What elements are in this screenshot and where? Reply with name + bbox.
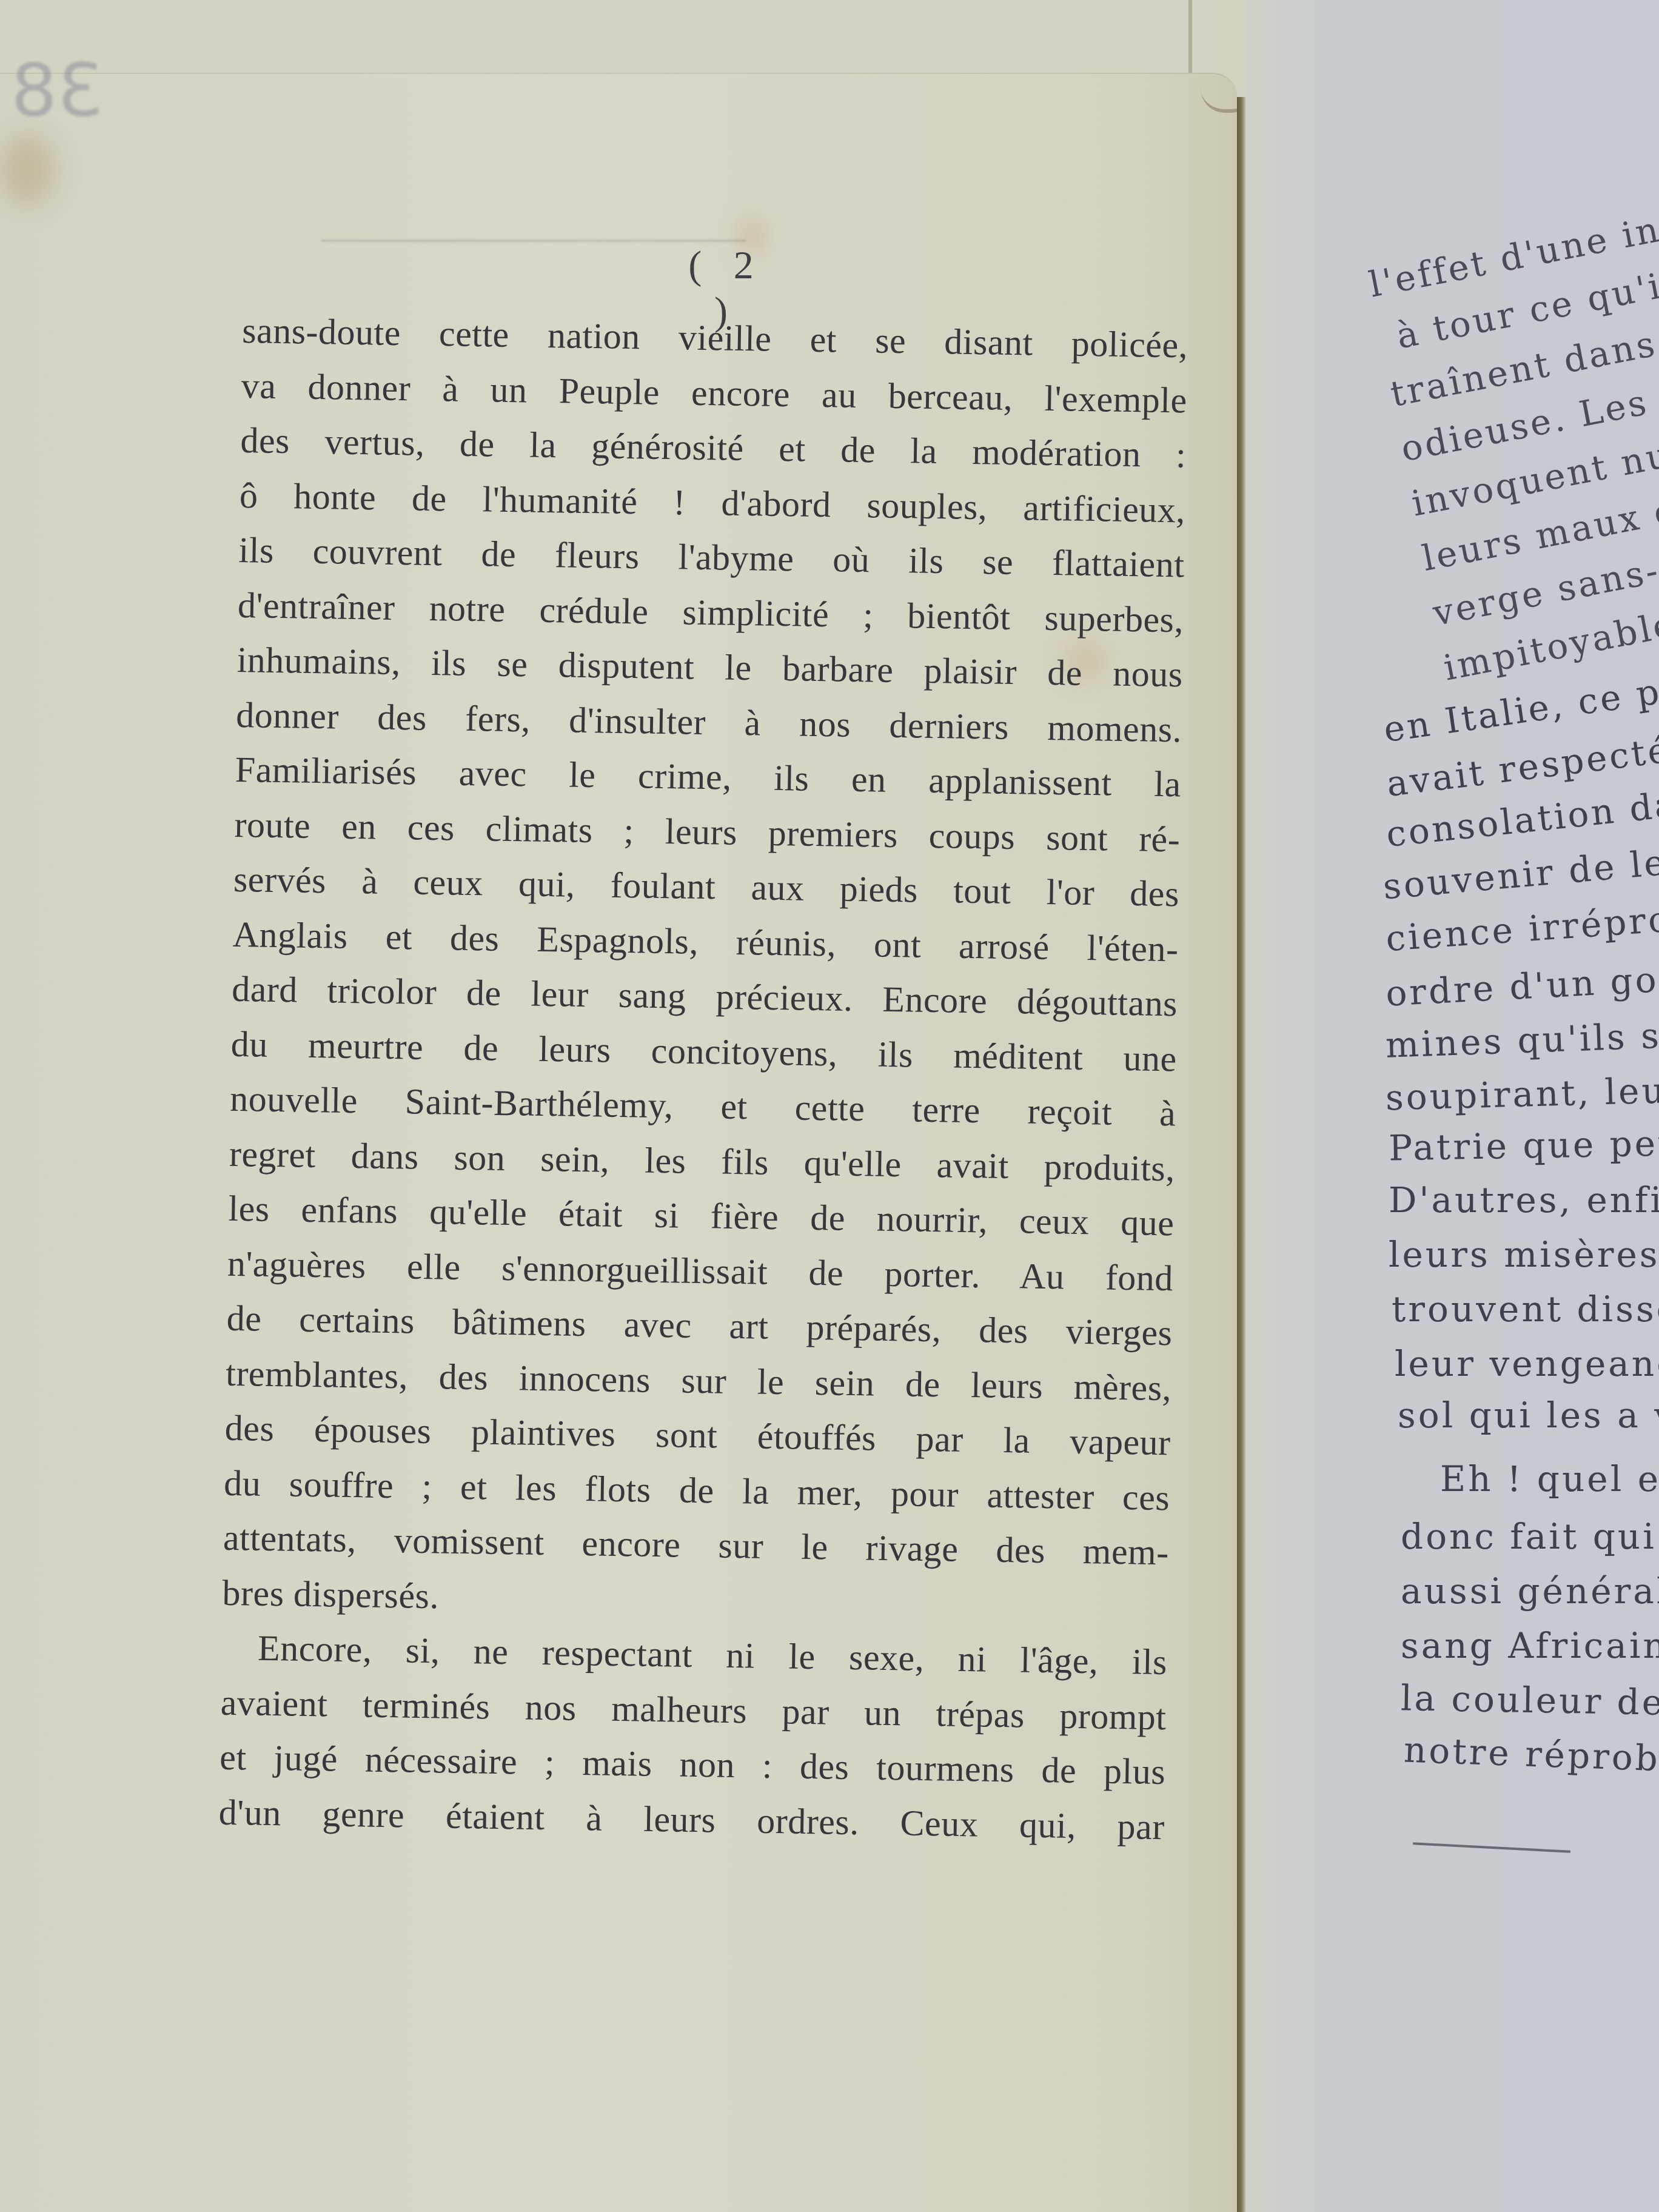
book-gutter (1237, 97, 1245, 2212)
handwritten-margin-number: 38 (11, 49, 104, 133)
text-line: leurs misères su (1389, 1234, 1659, 1275)
text-line: D'autres, enfin (1389, 1179, 1659, 1221)
text-line: trouvent dissémi (1392, 1289, 1659, 1330)
text-line: la couleur de (1400, 1677, 1659, 1723)
foxing-stain (0, 133, 55, 206)
sheet-edge (1188, 0, 1192, 73)
text-line: sol qui les a v (1398, 1395, 1659, 1436)
text-line: sang Africain, (1401, 1625, 1659, 1666)
left-page-text: sans-doute cette nation vieille et se di… (218, 303, 1188, 1854)
text-line: soupirant, leur (1385, 1070, 1659, 1119)
text-line: donc fait qui pu (1401, 1516, 1659, 1557)
text-line: leur vengeance (1395, 1343, 1659, 1384)
text-line: aussi générale ? (1401, 1570, 1659, 1612)
text-line: Patrie que peut (1388, 1122, 1659, 1169)
header-rule (321, 240, 746, 242)
paragraph-start-line: Eh ! quel e (1440, 1458, 1659, 1500)
